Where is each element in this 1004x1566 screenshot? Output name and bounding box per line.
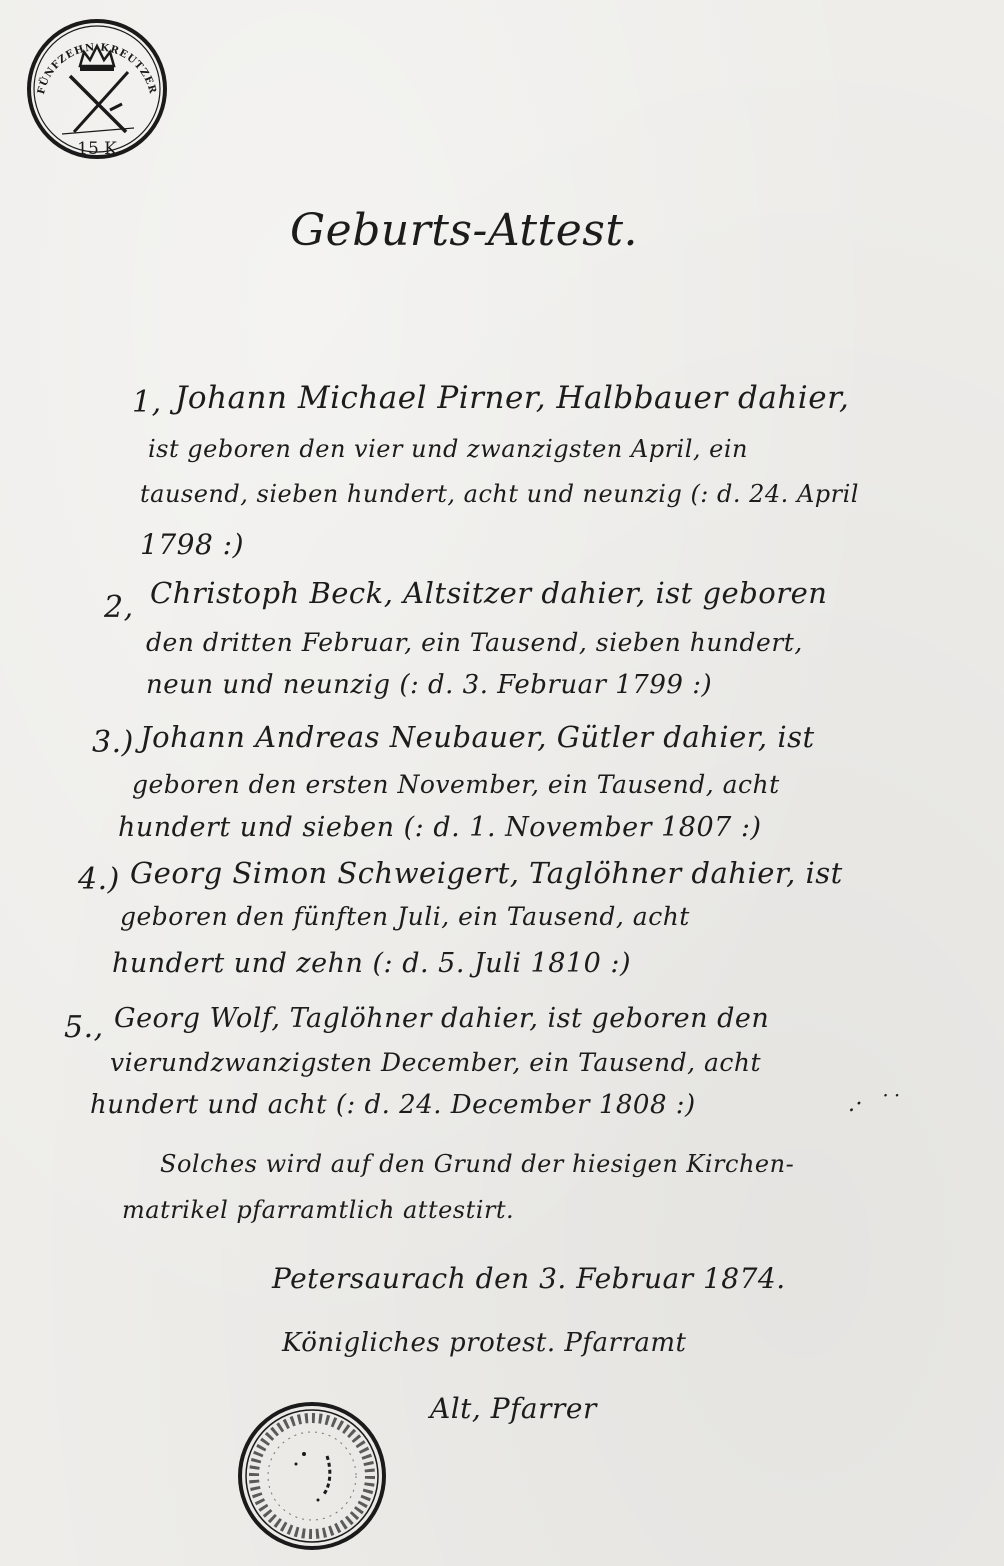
attestation-line: matrikel pfarramtlich attestirt. — [122, 1196, 514, 1224]
tax-stamp-icon: FÜNFZEHN KREUTZER 15 K — [22, 14, 172, 164]
entry-line: geboren den ersten November, ein Tausend… — [132, 770, 780, 799]
entry-number: 1, — [132, 385, 162, 420]
entry-line: hundert und acht (: d. 24. December 1808… — [90, 1090, 696, 1120]
entry-number: 5., — [64, 1010, 104, 1045]
entry-line: ist geboren den vier und zwanzigsten Apr… — [148, 435, 748, 463]
entry-line: Georg Simon Schweigert, Taglöhner dahier… — [130, 856, 843, 890]
entry-line: Christoph Beck, Altsitzer dahier, ist ge… — [150, 576, 827, 610]
entry-line: vierundzwanzigsten December, ein Tausend… — [110, 1048, 761, 1077]
ditto-mark: .· ˙˙ — [848, 1092, 901, 1117]
official-seal-icon — [232, 1396, 392, 1556]
document-page: FÜNFZEHN KREUTZER 15 K Geburts-Attest. 1… — [0, 0, 1004, 1566]
entry-number: 3.) — [92, 725, 134, 760]
entry-line: geboren den fünften Juli, ein Tausend, a… — [120, 902, 690, 931]
place-date: Petersaurach den 3. Februar 1874. — [272, 1262, 786, 1295]
entry-line: hundert und zehn (: d. 5. Juli 1810 :) — [112, 948, 631, 979]
entry-line: 1798 :) — [140, 528, 244, 561]
entry-line: Georg Wolf, Taglöhner dahier, ist gebore… — [114, 1003, 769, 1034]
svg-text:15 K: 15 K — [77, 139, 117, 159]
entry-line: tausend, sieben hundert, acht und neunzi… — [140, 480, 859, 508]
attestation-line: Solches wird auf den Grund der hiesigen … — [160, 1150, 794, 1178]
entry-number: 2, — [104, 590, 134, 625]
document-title: Geburts-Attest. — [290, 205, 638, 256]
parish-office: Königliches protest. Pfarramt — [282, 1328, 686, 1358]
entry-number: 4.) — [78, 862, 120, 897]
entry-line: Johann Michael Pirner, Halbbauer dahier, — [175, 380, 849, 416]
entry-line: den dritten Februar, ein Tausend, sieben… — [146, 628, 803, 657]
entry-line: hundert und sieben (: d. 1. November 180… — [118, 812, 762, 843]
entry-line: neun und neunzig (: d. 3. Februar 1799 :… — [146, 670, 712, 700]
signature: Alt, Pfarrer — [430, 1392, 597, 1425]
entry-line: Johann Andreas Neubauer, Gütler dahier, … — [140, 720, 815, 754]
